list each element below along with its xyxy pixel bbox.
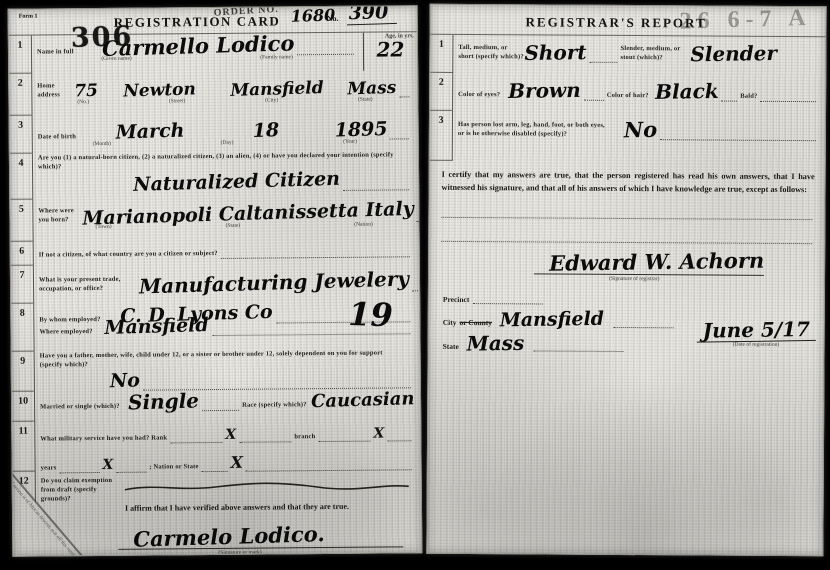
city-value: Mansfield bbox=[500, 310, 605, 331]
registrars-report-card: REGISTRAR'S REPORT 26 6-7 A 1 Tall, medi… bbox=[426, 4, 826, 556]
registration-card: Form 1 REGISTRATION CARD ORDER NO. 1680 … bbox=[8, 5, 423, 557]
row-number: 1 bbox=[9, 36, 32, 74]
build-answer: Slender bbox=[690, 43, 777, 64]
row-number: 3 bbox=[430, 111, 453, 161]
day-caption: (Day) bbox=[221, 140, 234, 146]
location-block: Precinct City or County Mansfield State … bbox=[428, 290, 823, 372]
ruled-line bbox=[202, 401, 240, 411]
row-alien-country: 6 If not a citizen, of what country are … bbox=[11, 238, 419, 266]
age-value: 22 bbox=[376, 37, 404, 61]
faint-number-stamp: 26 6-7 A bbox=[679, 5, 812, 36]
employer-label: By whom employed? bbox=[39, 316, 100, 325]
build-label: Slender, medium, or stout (which)? bbox=[620, 45, 690, 63]
home-address-label: Home address bbox=[37, 82, 60, 100]
bald-label: Bald? bbox=[740, 93, 757, 102]
registrar-signature-caption: (Signature of registrar) bbox=[609, 276, 659, 282]
certification-text: I certify that my answers are true, that… bbox=[430, 161, 825, 197]
address-city: Mansfield bbox=[230, 80, 324, 100]
ruled-line bbox=[472, 294, 542, 304]
registrant-signature-block: Carmelo Lodico. (Signature or mark) bbox=[13, 510, 421, 557]
row-employer: 8 19 By whom employed? C. D. Lyons Co Wh… bbox=[11, 300, 419, 352]
row-home-address: 2 Home address 75 Newton Mansfield Mass … bbox=[9, 70, 417, 116]
ruled-line bbox=[387, 431, 411, 441]
alien-country-question: If not a citizen, of what country are yo… bbox=[39, 250, 218, 260]
registration-date-value: June 5/17 bbox=[696, 319, 816, 343]
ruled-line bbox=[343, 180, 409, 191]
race-answer: Caucasian bbox=[310, 390, 414, 411]
row-eyes-hair: 2 Color of eyes? Brown Color of hair? Bl… bbox=[430, 73, 825, 113]
stamp-19: 19 bbox=[348, 298, 393, 331]
ruled-line bbox=[660, 130, 816, 141]
dependents-answer: No bbox=[110, 371, 141, 391]
address-street: Newton bbox=[123, 81, 196, 100]
registrar-signature: Edward W. Achorn bbox=[549, 250, 764, 274]
registrar-signature-block: Edward W. Achorn (Signature of registrar… bbox=[429, 242, 824, 292]
height-answer: Short bbox=[524, 42, 586, 63]
registration-date-block: June 5/17 (Date of registration) bbox=[696, 320, 815, 349]
city-or-county-struck-label: or County bbox=[459, 318, 492, 327]
row-number: 8 bbox=[11, 304, 34, 352]
ruled-line bbox=[584, 91, 604, 101]
state-label: State bbox=[443, 342, 459, 351]
height-label: Tall, medium, or short (specify which)? bbox=[458, 44, 524, 62]
birthplace-label: Where were you born? bbox=[38, 208, 80, 226]
row-birthplace: 5 Where were you born? Marianopoli Calta… bbox=[10, 196, 418, 242]
form-number-label: Form 1 bbox=[19, 14, 38, 20]
branch-x-mark: X bbox=[373, 426, 384, 442]
ruled-line bbox=[318, 432, 370, 442]
eyes-label: Color of eyes? bbox=[458, 91, 500, 100]
military-rank-label: What military service have you had? Rank bbox=[40, 435, 167, 445]
row-number: 7 bbox=[11, 266, 34, 304]
row-citizenship: 4 Are you (1) a natural-born citizen, (2… bbox=[10, 150, 418, 200]
ruled-line bbox=[721, 92, 737, 102]
state-value: Mass bbox=[467, 333, 525, 354]
serial-no-value: 390 bbox=[346, 5, 396, 25]
row-number: 11 bbox=[12, 422, 35, 472]
ruled-line bbox=[221, 247, 410, 259]
citizenship-answer: Naturalized Citizen bbox=[133, 169, 340, 194]
race-label: Race (specify which)? bbox=[242, 401, 307, 410]
disability-answer: No bbox=[624, 119, 658, 140]
ruled-line bbox=[170, 433, 222, 443]
row-dependents: 9 Have you a father, mother, wife, child… bbox=[12, 348, 420, 392]
row-military-service: 11 What military service have you had? R… bbox=[12, 418, 420, 472]
eyes-answer: Brown bbox=[508, 80, 581, 101]
marital-label: Married or single (which)? bbox=[40, 403, 120, 412]
ruled-line bbox=[239, 432, 291, 442]
ruled-line bbox=[297, 45, 354, 55]
blank-ruled-line bbox=[441, 218, 812, 244]
rank-x-mark: X bbox=[225, 427, 236, 443]
where-employed-label: Where employed? bbox=[39, 328, 92, 337]
blank-ruled-line bbox=[441, 194, 812, 220]
ruled-line bbox=[390, 129, 409, 139]
nation-caption: (Nation) bbox=[354, 222, 373, 228]
where-employed-answer: Mansfield bbox=[104, 316, 209, 338]
ruled-line bbox=[412, 281, 422, 291]
trade-answer: Manufacturing Jewelery bbox=[139, 268, 409, 296]
row-date-of-birth: 3 Date of birth March 18 1895 (Month) (D… bbox=[10, 112, 418, 154]
exemption-flourish-squiggle bbox=[123, 479, 411, 496]
row-number: 2 bbox=[9, 74, 32, 116]
trade-question: What is your present trade, occupation, … bbox=[39, 276, 129, 294]
month-caption: (Month) bbox=[93, 141, 111, 147]
dob-day: 18 bbox=[253, 121, 280, 141]
registrars-report-header: REGISTRAR'S REPORT 26 6-7 A bbox=[430, 5, 825, 37]
ruled-line bbox=[613, 318, 673, 328]
city-label: City bbox=[443, 318, 457, 327]
stamp-306: 306 bbox=[70, 23, 133, 52]
address-no: 75 bbox=[74, 82, 98, 100]
address-state: Mass bbox=[347, 79, 396, 97]
row-disability: 3 Has person lost arm, leg, hand, foot, … bbox=[430, 111, 825, 163]
dob-label: Date of birth bbox=[38, 133, 76, 142]
registration-date-caption: (Date of registration) bbox=[696, 342, 815, 349]
ruled-line bbox=[533, 342, 623, 353]
hair-label: Color of hair? bbox=[607, 92, 649, 101]
row-number: 9 bbox=[12, 352, 35, 392]
exemption-question: Do you claim exemption from draft (speci… bbox=[41, 477, 119, 504]
ruled-line bbox=[399, 87, 409, 97]
branch-label: branch bbox=[294, 433, 315, 442]
serial-no-label: No. bbox=[327, 14, 339, 23]
ruled-line bbox=[760, 92, 816, 102]
row-marital-race: 10 Married or single (which)? Single Rac… bbox=[12, 388, 420, 422]
row-number: 6 bbox=[11, 242, 34, 266]
row-build: 1 Tall, medium, or short (specify which)… bbox=[430, 35, 825, 75]
row-number: 1 bbox=[430, 35, 453, 73]
signature-caption: (Signature or mark) bbox=[218, 550, 261, 556]
row-number: 4 bbox=[10, 154, 33, 200]
row-exemption: 12 Do you claim exemption from draft (sp… bbox=[13, 468, 421, 502]
ruled-line bbox=[417, 212, 423, 222]
ruled-line bbox=[589, 53, 617, 63]
dob-month: March bbox=[116, 122, 185, 143]
row-number: 10 bbox=[12, 392, 35, 422]
dob-year: 1895 bbox=[334, 120, 387, 141]
row-number: 2 bbox=[430, 73, 453, 111]
name-label: Name in full bbox=[37, 48, 74, 57]
disability-question: Has person lost arm, leg, hand, foot, or… bbox=[458, 121, 608, 139]
marital-answer: Single bbox=[127, 390, 198, 412]
age-box: Age, in yrs. 22 bbox=[363, 32, 417, 70]
registrant-signature: Carmelo Lodico. bbox=[133, 523, 325, 550]
row-number: 5 bbox=[10, 200, 33, 242]
precinct-label: Precinct bbox=[443, 295, 470, 304]
hair-answer: Black bbox=[655, 81, 719, 102]
row-number: 3 bbox=[10, 116, 33, 154]
